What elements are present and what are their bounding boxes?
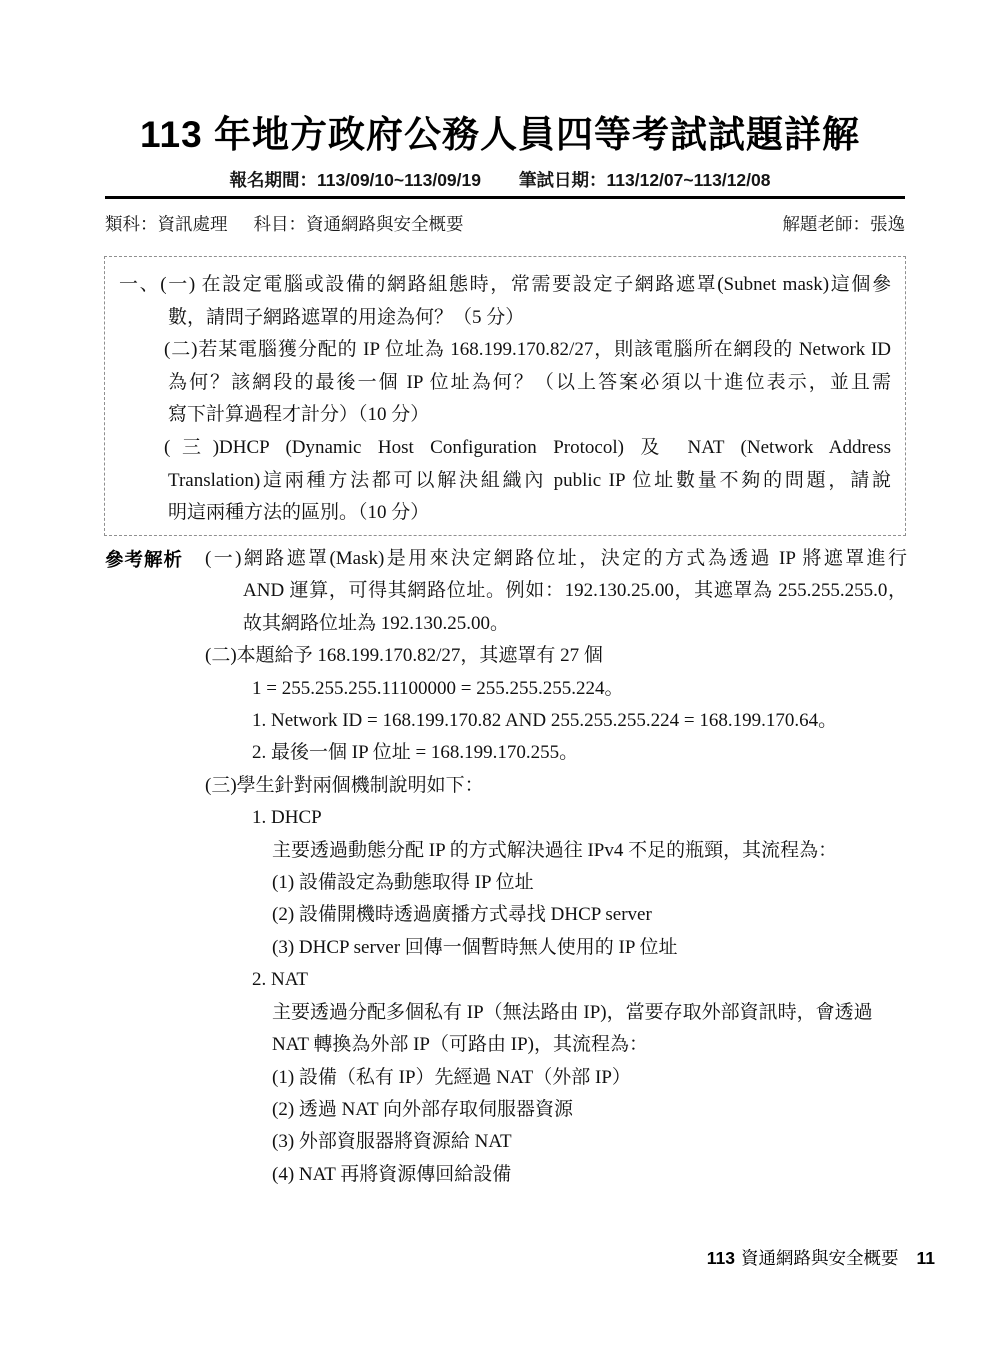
question-line: 為何？該網段的最後一個 IP 位址為何？（以上答案必須以十進位表示，並且需 — [119, 367, 891, 400]
meta-left: 類科：資訊處理 科目：資通網路與安全概要 — [105, 211, 464, 236]
solution-line: NAT 轉換為外部 IP（可路由 IP)，其流程為： — [105, 1029, 907, 1061]
solution-line: 故其網路位址為 192.130.25.00。 — [105, 608, 907, 640]
question-line: 明這兩種方法的區別。（10 分） — [119, 497, 891, 530]
question-line: (三)DHCP (Dynamic Host Configuration Prot… — [119, 432, 891, 465]
solution-line: (一)網路遮罩(Mask)是用來決定網路位址，決定的方式為透過 IP 將遮罩進行 — [105, 543, 907, 575]
question-line: Translation)這兩種方法都可以解決組織內 public IP 位址數量… — [119, 465, 891, 498]
solution-line: (4) NAT 再將資源傳回給設備 — [105, 1159, 907, 1191]
solution-line: (3) 外部資服器將資源給 NAT — [105, 1126, 907, 1158]
category-label: 類科：資訊處理 — [105, 211, 228, 236]
question-box: 一、(一) 在設定電腦或設備的網路組態時，常需要設定子網路遮罩(Subnet m… — [104, 256, 906, 536]
solution-line: AND 運算，可得其網路位址。例如：192.130.25.00，其遮罩為 255… — [105, 575, 907, 607]
solution-line: (2) 透過 NAT 向外部存取伺服器資源 — [105, 1094, 907, 1126]
question-line: 一、(一) 在設定電腦或設備的網路組態時，常需要設定子網路遮罩(Subnet m… — [119, 269, 891, 302]
meta-row: 類科：資訊處理 科目：資通網路與安全概要 解題老師：張逸 — [105, 211, 905, 236]
subject-label: 科目：資通網路與安全概要 — [254, 211, 464, 236]
solution-line: (二)本題給予 168.199.170.82/27，其遮罩有 27 個 — [105, 640, 907, 672]
header-divider — [105, 196, 905, 199]
solution-line: 1. Network ID = 168.199.170.82 AND 255.2… — [105, 705, 907, 737]
solution-line: 2. NAT — [105, 964, 907, 996]
question-line: 寫下計算過程才計分）（10 分） — [119, 399, 891, 432]
solution-line: 主要透過分配多個私有 IP（無法路由 IP)，當要存取外部資訊時，會透過 — [105, 997, 907, 1029]
exam-dates-row: 報名期間：113/09/10~113/09/19 筆試日期：113/12/07~… — [0, 167, 1000, 192]
footer-subject: 資通網路與安全概要 — [741, 1248, 899, 1268]
solution-line: (1) 設備設定為動態取得 IP 位址 — [105, 867, 907, 899]
solution-line: (三)學生針對兩個機制說明如下： — [105, 770, 907, 802]
solution-line: 主要透過動態分配 IP 的方式解決過往 IPv4 不足的瓶頸，其流程為： — [105, 835, 907, 867]
exam-date: 筆試日期：113/12/07~113/12/08 — [519, 167, 771, 192]
solution-label: 參考解析 — [105, 544, 183, 576]
question-line: (二)若某電腦獲分配的 IP 位址為 168.199.170.82/27，則該電… — [119, 334, 891, 367]
solution-line: 2. 最後一個 IP 位址 = 168.199.170.255。 — [105, 737, 907, 769]
document-page: 113 年地方政府公務人員四等考試試題詳解 報名期間：113/09/10~113… — [0, 0, 1000, 1353]
solution-line: 1. DHCP — [105, 802, 907, 834]
page-title: 113 年地方政府公務人員四等考試試題詳解 — [0, 104, 1000, 158]
solution-line: (1) 設備（私有 IP）先經過 NAT（外部 IP） — [105, 1062, 907, 1094]
solution-line: 1 = 255.255.255.11100000 = 255.255.255.2… — [105, 673, 907, 705]
footer-volume: 113 — [707, 1248, 735, 1268]
solution-section: 參考解析 (一)網路遮罩(Mask)是用來決定網路位址，決定的方式為透過 IP … — [105, 543, 907, 1191]
teacher-label: 解題老師：張逸 — [783, 211, 906, 236]
registration-period: 報名期間：113/09/10~113/09/19 — [230, 167, 482, 192]
solution-line: (2) 設備開機時透過廣播方式尋找 DHCP server — [105, 899, 907, 931]
footer-page-number: 11 — [917, 1248, 936, 1268]
solution-line: (3) DHCP server 回傳一個暫時無人使用的 IP 位址 — [105, 932, 907, 964]
page-footer: 113資通網路與安全概要11 — [105, 1245, 935, 1270]
question-line: 數，請問子網路遮罩的用途為何？（5 分） — [119, 302, 891, 335]
